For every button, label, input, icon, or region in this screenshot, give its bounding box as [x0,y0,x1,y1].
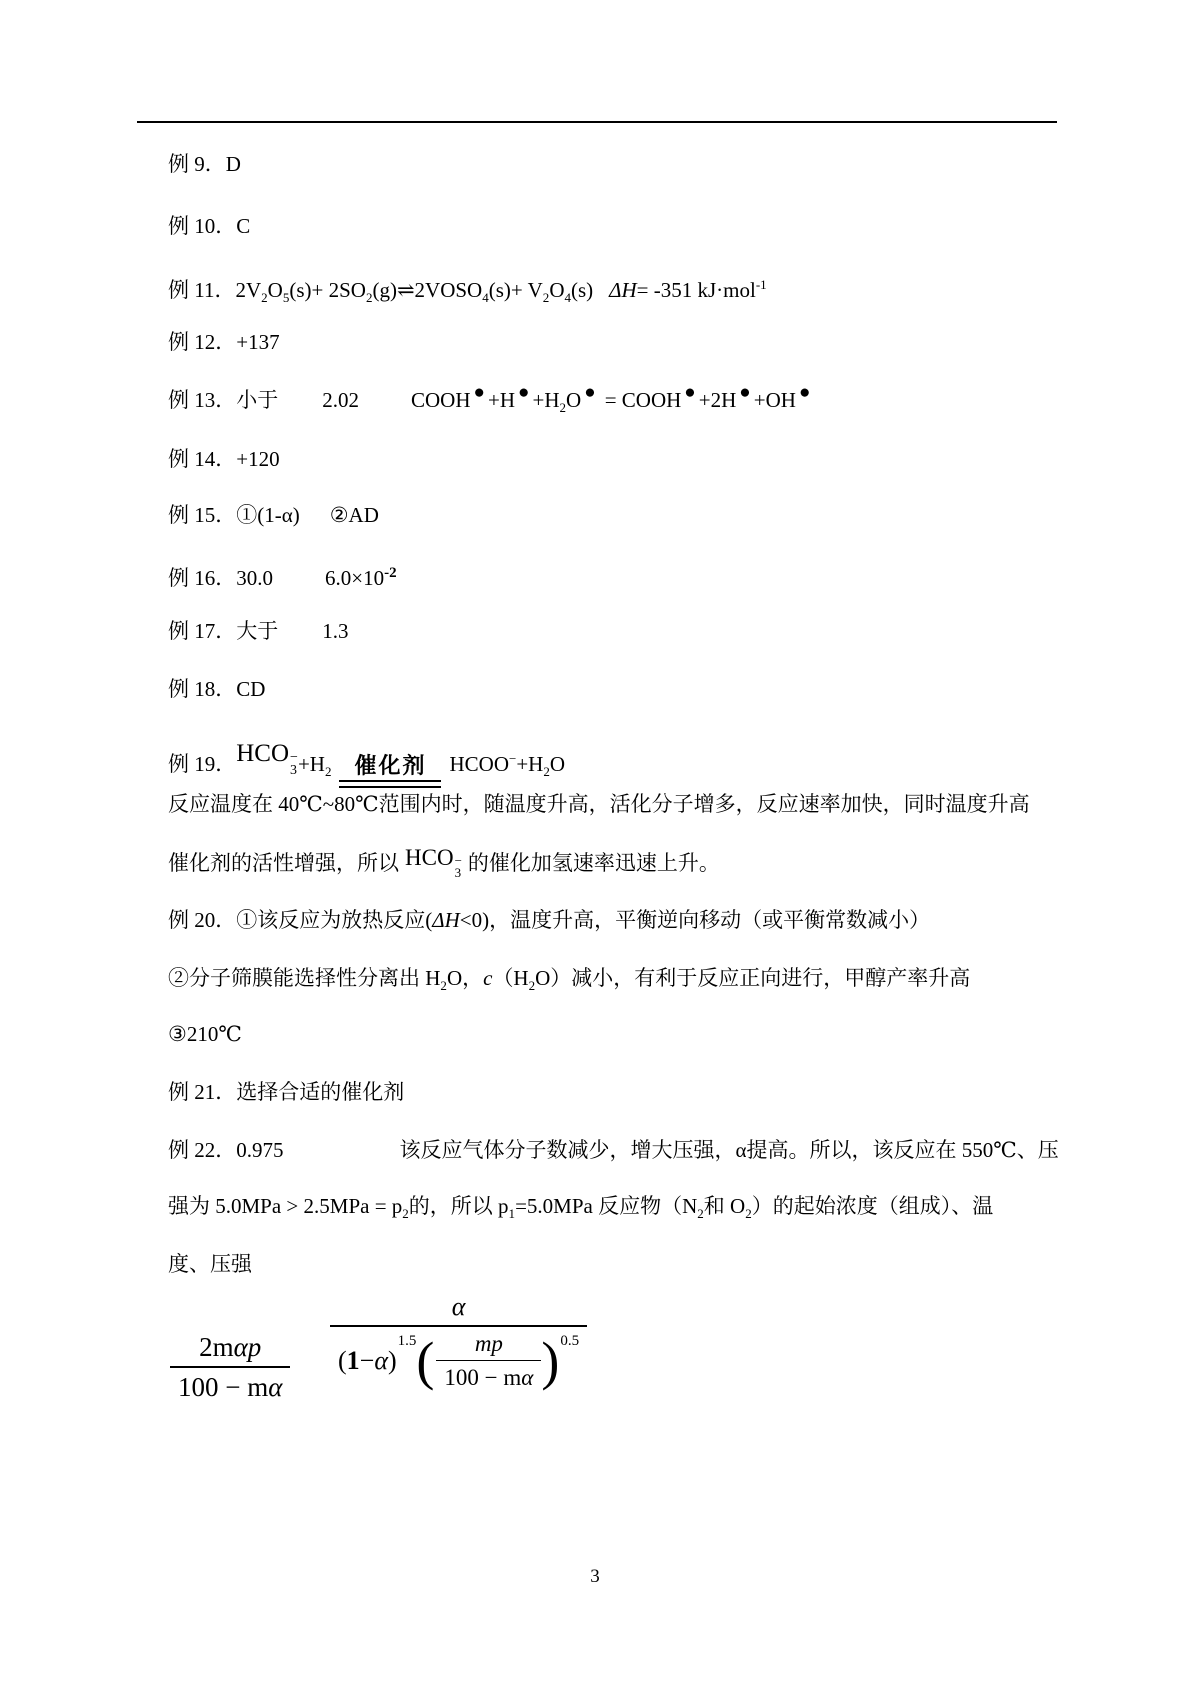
text-segment: 的催化加氢速率迅速上升。 [468,851,720,875]
value: 2.02 [322,388,359,412]
text-segment: 例 11．2V [168,278,261,302]
delta-h-symbol: ΔH [609,278,637,302]
answer-line-ex19: 例 19．HCO−3+H2催化剂HCOO−+H2O [168,745,565,788]
text-segment: = -351 kJ·mol [637,278,756,302]
text-segment: 例 10．C [168,214,250,238]
text-segment: +H [516,752,543,776]
text-segment: O [268,278,283,302]
denominator: 100 − mα [170,1366,290,1403]
text-segment: +OH [754,388,796,412]
denominator: 100 − mα [436,1360,541,1391]
inner-fraction: mp100 − mα [436,1331,541,1391]
answer-line-ex15: 例 15．①(1-α)②AD [168,502,379,529]
text-segment: O， [447,966,483,990]
charge-subscript-stack: −3 [290,751,298,777]
numerator: α [444,1292,474,1325]
text-segment: 例 19． [168,752,236,776]
double-line-icon [339,780,441,788]
paragraph-line-2: 催化剂的活性增强，所以HCO−3的催化加氢速率迅速上升。 [168,849,720,884]
text-segment: 例 21．选择合适的催化剂 [168,1080,404,1104]
text-segment: 例 17．大于 [168,619,278,643]
denominator: (1−α)1.5(mp100 − mα)0.5 [330,1325,587,1391]
text-segment: (g)⇌2VOSO [372,278,482,302]
bicarbonate-ion: HCO−3 [236,740,298,767]
answer-line-ex9: 例 9．D [168,151,241,178]
superscript: -1 [756,277,767,292]
text-segment: 例 22．0.975 [168,1138,284,1162]
text-segment: O）减小，有利于反应正向进行，甲醇产率升高 [535,966,970,990]
text-segment: α [268,1372,282,1403]
answer-line-ex22-1: 例 22．0.975该反应气体分子数减少，增大压强，α提高。所以，该反应在 55… [168,1137,1059,1164]
text-segment: 例 15．①(1-α) [168,503,300,527]
text-segment: 催化剂的活性增强，所以 [168,851,399,875]
document-page: 例 9．D 例 10．C 例 11．2V2O5(s)+ 2SO2(g)⇌2VOS… [0,0,1190,1684]
catalyst-over-equals: 催化剂 [339,754,441,788]
text-segment: <0)，温度升高，平衡逆向移动（或平衡常数减小） [460,908,930,932]
text-segment: 反应温度在 40℃~80℃范围内时，随温度升高，活化分子增多，反应速率加快，同时… [168,792,1030,816]
text-segment: 例 9．D [168,152,241,176]
numerator: mp [467,1331,511,1360]
paren: ) [388,1346,397,1376]
text-segment: +2H [699,388,737,412]
text-segment: 例 14．+120 [168,447,280,471]
text-segment: − [360,1346,375,1376]
text-segment: ②分子筛膜能选择性分离出 H [168,966,440,990]
text-segment: = COOH [605,388,682,412]
answer-line-ex20-2: ②分子筛膜能选择性分离出 H2O，c（H2O）减小，有利于反应正向进行，甲醇产率… [168,965,970,999]
answer-line-ex17: 例 17．大于1.3 [168,618,349,645]
bicarbonate-ion: HCO−3 [405,845,462,870]
text-segment: O [550,752,565,776]
paragraph-line-1: 反应温度在 40℃~80℃范围内时，随温度升高，活化分子增多，反应速率加快，同时… [168,791,1030,818]
exponent: -2 [384,565,397,581]
subscript: 3 [455,867,462,879]
answer-line-ex11: 例 11．2V2O5(s)+ 2SO2(g)⇌2VOSO4(s)+ V2O4(s… [168,271,767,311]
text-segment: 例 12．+137 [168,330,280,354]
subscript: 3 [290,764,298,777]
text-segment: 强为 5.0MPa > 2.5MPa = p [168,1194,402,1218]
text-segment: αp [234,1332,262,1362]
text-segment: 例 20．①该反应为放热反应( [168,908,432,932]
text-segment: +H [298,752,325,776]
value: 1.3 [322,619,348,643]
text-segment: (s) [571,278,593,302]
text-segment: O [549,278,564,302]
answer-line-ex21: 例 21．选择合适的催化剂 [168,1079,404,1106]
text-segment: 度、压强 [168,1252,252,1276]
answer-line-ex20-1: 例 20．①该反应为放热反应(ΔH<0)，温度升高，平衡逆向移动（或平衡常数减小… [168,907,930,934]
charge-subscript-stack: −3 [455,855,462,879]
text-segment: +H [533,388,560,412]
text-segment: 2m [199,1332,234,1362]
exponent: 0.5 [560,1333,579,1350]
fraction-formula-1: 2mαp 100 − mα [170,1332,290,1403]
text-segment: COOH [411,388,471,412]
text-segment: +H [488,388,515,412]
text-segment: 例 13．小于 [168,388,278,412]
answer-line-ex22-3: 度、压强 [168,1251,252,1278]
delta-h-symbol: ΔH [432,908,460,932]
text-segment: HCOO [449,752,509,776]
answer-line-ex16: 例 16．30.06.0×10-2 [168,560,397,592]
numerator: 2mαp [191,1332,269,1366]
answer-line-ex20-3: ③210℃ [168,1021,242,1048]
text-segment: (s)+ V [489,278,543,302]
text-segment: 100 − m [444,1365,521,1391]
text-segment: ）的起始浓度（组成）、温 [752,1194,994,1218]
text-segment: 例 16．30.0 [168,566,273,590]
answer-line-ex22-2: 强为 5.0MPa > 2.5MPa = p2的，所以 p1=5.0MPa 反应… [168,1193,993,1227]
text-segment: O [566,388,581,412]
catalyst-label: 催化剂 [354,754,426,778]
text-segment: 例 18．CD [168,677,265,701]
subscript: 2 [325,764,332,779]
text-segment: (s)+ 2SO [289,278,366,302]
text-segment: 该反应气体分子数减少，增大压强，α提高。所以，该反应在 550℃、压 [400,1138,1059,1162]
text-segment: 的，所以 p [409,1194,509,1218]
value: 6.0×10 [325,566,384,590]
answer-line-ex18: 例 18．CD [168,676,265,703]
exponent: 1.5 [398,1333,417,1350]
text-segment: （H [492,966,528,990]
text-segment: ③210℃ [168,1022,242,1046]
answer-line-ex13: 例 13．小于2.02COOH●+H●+H2O●= COOH●+2H●+OH● [168,387,813,421]
text-segment: =5.0MPa 反应物（N [515,1194,697,1218]
text-segment: 和 O [704,1194,745,1218]
fraction-formula-2: α (1−α)1.5(mp100 − mα)0.5 [330,1292,587,1391]
text-segment: 100 − m [178,1372,268,1403]
text-segment: HCO [236,740,289,767]
answer-line-ex14: 例 14．+120 [168,446,280,473]
paren: ( [338,1346,347,1376]
page-number: 3 [0,1566,1190,1588]
text-segment: HCO [405,845,454,870]
header-rule [137,121,1057,123]
answer-line-ex12: 例 12．+137 [168,329,280,356]
answer-line-ex10: 例 10．C [168,213,250,240]
text-segment: ②AD [330,503,379,527]
text-segment: α [374,1346,388,1376]
text-segment: 1 [347,1346,360,1376]
text-segment: α [521,1365,533,1391]
